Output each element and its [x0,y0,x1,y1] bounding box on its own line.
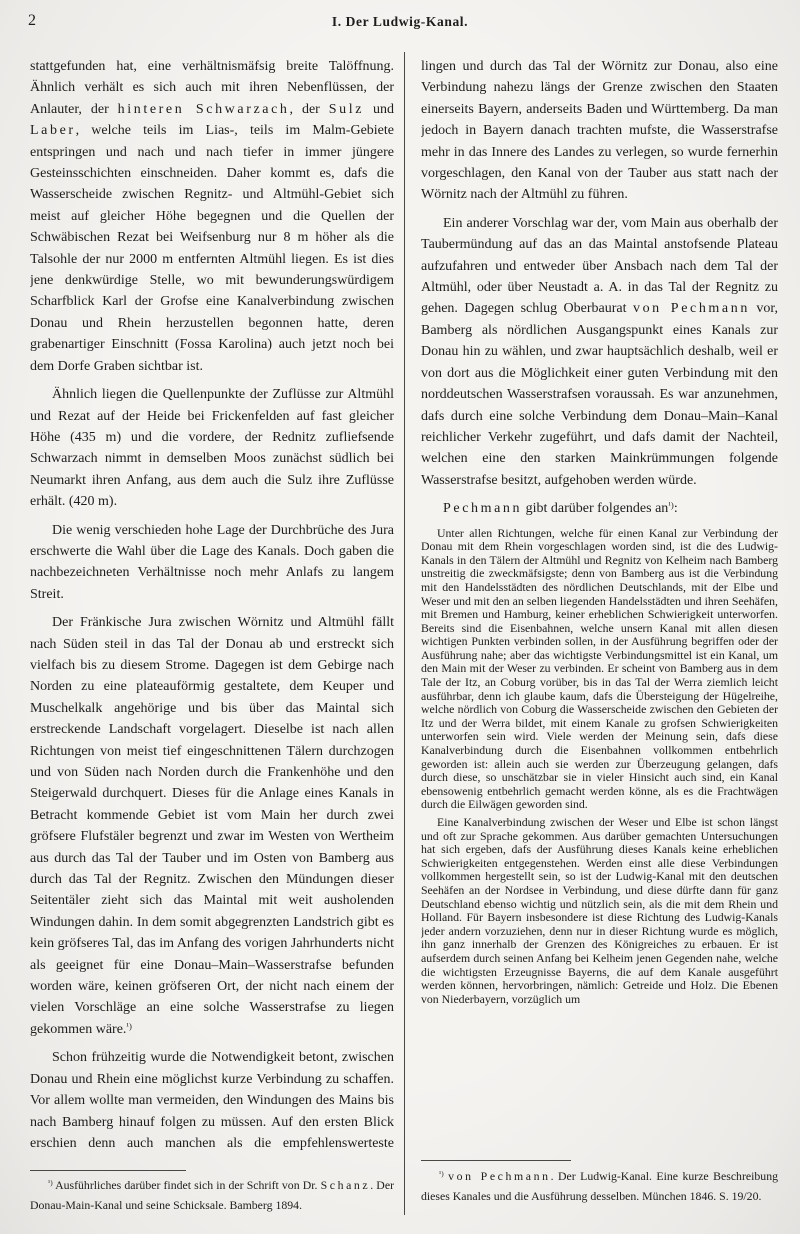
book-page: 2 I. Der Ludwig-Kanal. stattgefunden hat… [0,0,800,1234]
footnote-ref: ¹) [126,1021,132,1031]
right-footnote-text: ¹) von Pechmann. Der Ludwig-Kanal. Eine … [421,1167,778,1234]
left-footnote-rule [30,1170,186,1171]
column-divider-rule [404,52,405,1215]
paragraph: Ein anderer Vorschlag war der, vom Main … [421,213,778,491]
letterspaced-name: Laber [30,123,76,138]
paragraph: ¹) von Pechmann. Der Ludwig-Kanal. Eine … [421,1167,778,1206]
paragraph: ¹) Ausführliches darüber findet sich in … [30,1176,394,1215]
footnote-ref: ¹) [48,1178,53,1187]
footnote-ref: ¹) [668,500,674,510]
paragraph: stattgefunden hat, eine verhältnismäfsig… [30,56,394,377]
paragraph: Unter allen Richtungen, welche für einen… [421,527,778,812]
paragraph: Der Fränkische Jura zwischen Wörnitz und… [30,612,394,1040]
paragraph: Pechmann gibt darüber folgendes an¹): [421,498,778,519]
letterspaced-name: Sulz [329,102,364,117]
letterspaced-name: Schanz [321,1178,371,1192]
letterspaced-name: Pechmann [443,501,522,516]
paragraph: Ähnlich liegen die Quellenpunkte der Zuf… [30,384,394,512]
letterspaced-name: hinteren Schwarzach [118,102,290,117]
running-header: I. Der Ludwig-Kanal. [0,14,800,30]
footnote-ref: ¹) [439,1169,444,1178]
paragraph: lingen und durch das Tal der Wörnitz zur… [421,56,778,206]
paragraph: Eine Kanalverbindung zwischen der Weser … [421,816,778,1006]
letterspaced-name: von Pechmann [448,1169,551,1183]
right-column: lingen und durch das Tal der Wörnitz zur… [421,56,778,1156]
left-footnote-text: ¹) Ausführliches darüber findet sich in … [30,1176,394,1234]
right-footnote-rule [421,1160,571,1161]
paragraph: Schon frühzeitig wurde die Notwendigkeit… [30,1047,394,1158]
left-column: stattgefunden hat, eine verhältnismäfsig… [30,56,394,1158]
letterspaced-name: von Pechmann [633,301,750,316]
paragraph: Die wenig verschieden hohe Lage der Durc… [30,520,394,606]
